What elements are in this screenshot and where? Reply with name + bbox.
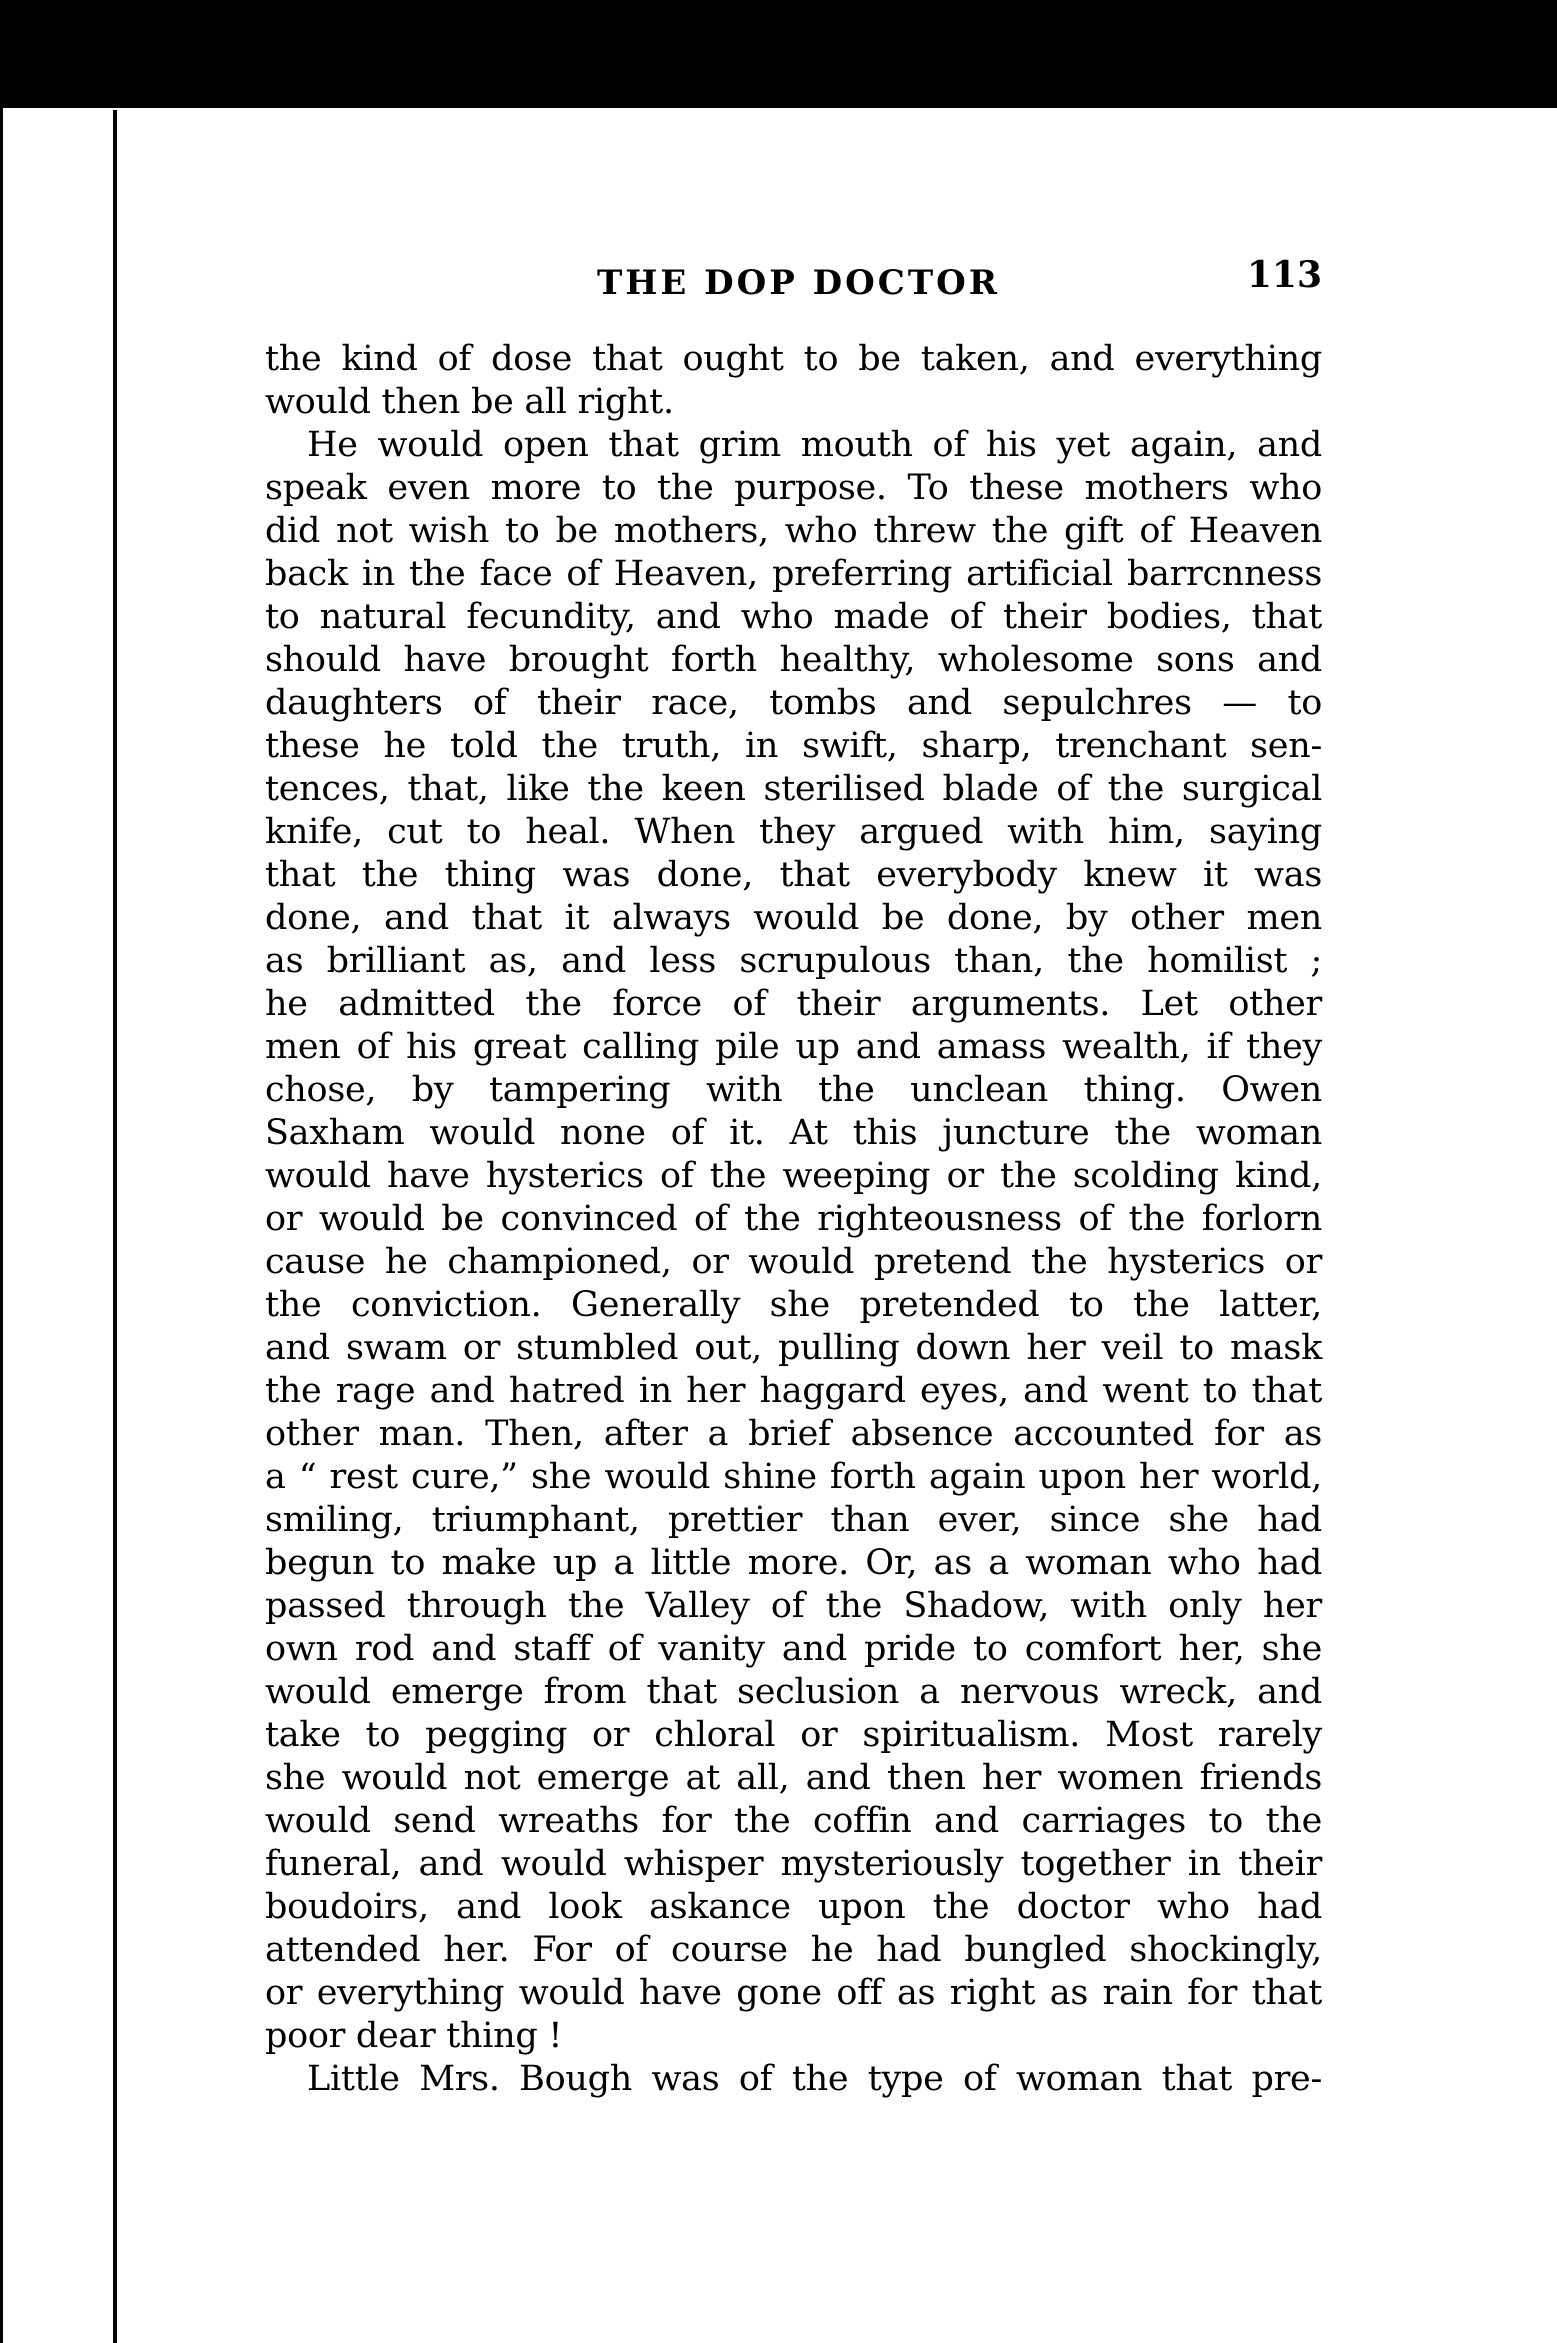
text-line: to natural fecundity, and who made of th… (265, 596, 1322, 639)
text-line: cause he championed, or would pretend th… (265, 1241, 1322, 1284)
text-line: and swam or stumbled out, pulling down h… (265, 1327, 1322, 1370)
text-line: boudoirs, and look askance upon the doct… (265, 1886, 1322, 1929)
text-line: he admitted the force of their arguments… (265, 983, 1322, 1026)
body-text: the kind of dose that ought to be taken,… (265, 338, 1322, 2101)
text-line: other man. Then, after a brief absence a… (265, 1413, 1322, 1456)
text-line: would emerge from that seclusion a nervo… (265, 1671, 1322, 1714)
text-line: chose, by tampering with the unclean thi… (265, 1069, 1322, 1112)
text-line: would have hysterics of the weeping or t… (265, 1155, 1322, 1198)
text-line: or would be convinced of the righteousne… (265, 1198, 1322, 1241)
text-line: the rage and hatred in her haggard eyes,… (265, 1370, 1322, 1413)
text-line: did not wish to be mothers, who threw th… (265, 510, 1322, 553)
text-line: a “ rest cure,” she would shine forth ag… (265, 1456, 1322, 1499)
text-line: should have brought forth healthy, whole… (265, 639, 1322, 682)
text-line: attended her. For of course he had bungl… (265, 1929, 1322, 1972)
text-line: take to pegging or chloral or spirituali… (265, 1714, 1322, 1757)
text-line: speak even more to the purpose. To these… (265, 467, 1322, 510)
text-line: Saxham would none of it. At this junctur… (265, 1112, 1322, 1155)
page-number: 113 (1247, 250, 1322, 300)
text-line: the conviction. Generally she pretended … (265, 1284, 1322, 1327)
text-line: would then be all right. (265, 381, 1322, 424)
text-line: or everything would have gone off as rig… (265, 1972, 1322, 2015)
text-line: would send wreaths for the coffin and ca… (265, 1800, 1322, 1843)
text-line: done, and that it always would be done, … (265, 897, 1322, 940)
scan-top-black-band (0, 0, 1557, 108)
text-line: daughters of their race, tombs and sepul… (265, 682, 1322, 725)
text-line: smiling, triumphant, prettier than ever,… (265, 1499, 1322, 1542)
page-gutter-line (113, 110, 117, 2343)
text-line: funeral, and would whisper mysteriously … (265, 1843, 1322, 1886)
text-line: men of his great calling pile up and ama… (265, 1026, 1322, 1069)
text-line: back in the face of Heaven, preferring a… (265, 553, 1322, 596)
scan-left-edge (0, 108, 3, 2343)
paragraph-start-line: Little Mrs. Bough was of the type of wom… (265, 2058, 1322, 2101)
running-head: THE DOP DOCTOR 113 (265, 258, 1322, 308)
text-line: tences, that, like the keen sterilised b… (265, 768, 1322, 811)
book-title-header: THE DOP DOCTOR (597, 258, 983, 308)
text-line: begun to make up a little more. Or, as a… (265, 1542, 1322, 1585)
paragraph-start-line: He would open that grim mouth of his yet… (265, 424, 1322, 467)
text-line: own rod and staff of vanity and pride to… (265, 1628, 1322, 1671)
text-line: poor dear thing ! (265, 2015, 1322, 2058)
text-line: that the thing was done, that everybody … (265, 854, 1322, 897)
text-line: she would not emerge at all, and then he… (265, 1757, 1322, 1800)
text-line: passed through the Valley of the Shadow,… (265, 1585, 1322, 1628)
text-line: the kind of dose that ought to be taken,… (265, 338, 1322, 381)
text-line: as brilliant as, and less scrupulous tha… (265, 940, 1322, 983)
text-line: these he told the truth, in swift, sharp… (265, 725, 1322, 768)
text-line: knife, cut to heal. When they argued wit… (265, 811, 1322, 854)
